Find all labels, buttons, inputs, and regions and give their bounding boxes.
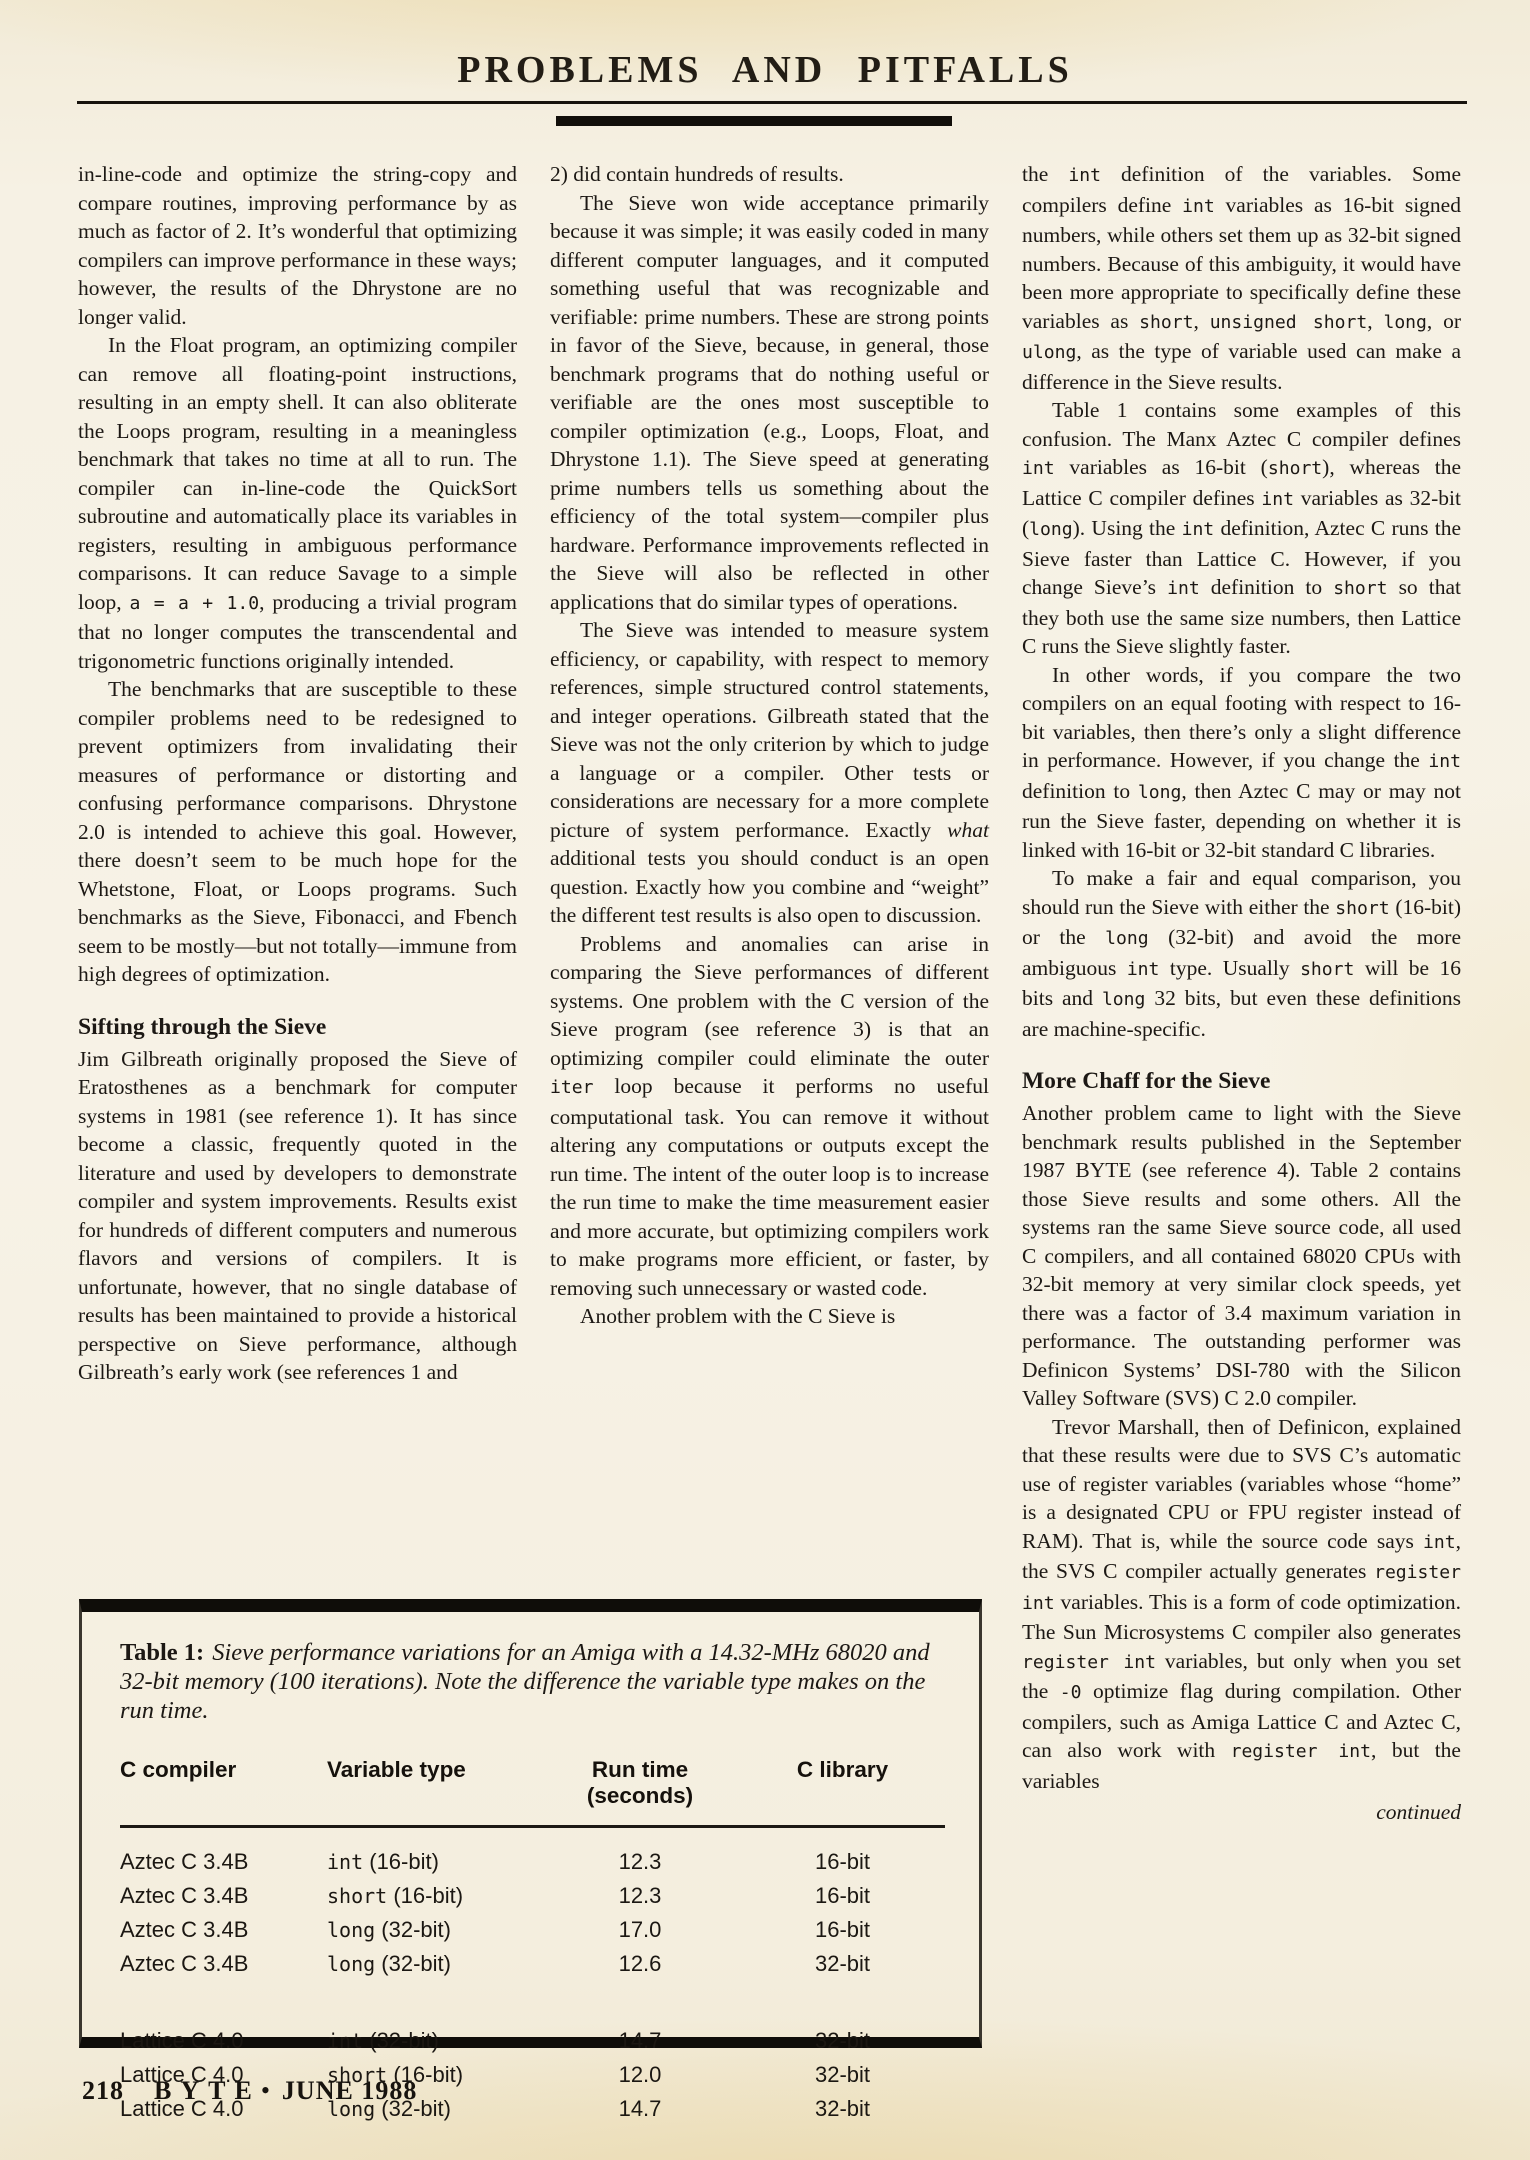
paragraph: The Sieve was intended to measure system… bbox=[550, 616, 989, 930]
library-cell: 32-bit bbox=[740, 2058, 945, 2092]
library-cell: 16-bit bbox=[740, 1879, 945, 1913]
inline-code: int bbox=[1423, 1532, 1456, 1553]
section-heading: More Chaff for the Sieve bbox=[1022, 1067, 1461, 1096]
table-row: Aztec C 3.4Blong (32-bit)17.016-bit bbox=[120, 1913, 945, 1947]
footer-issue: JUNE 1988 bbox=[282, 2076, 417, 2105]
paragraph: Table 1 contains some examples of this c… bbox=[1022, 396, 1461, 661]
inline-code: int bbox=[1428, 751, 1461, 772]
inline-code: int bbox=[1261, 489, 1294, 510]
run-time-cell: 14.7 bbox=[540, 2092, 740, 2126]
column-header: Run time(seconds) bbox=[540, 1757, 740, 1827]
inline-code: short bbox=[1300, 959, 1354, 980]
sieve-results-table: C compilerVariable typeRun time(seconds)… bbox=[120, 1757, 945, 2126]
table-row: Aztec C 3.4Bint (16-bit)12.316-bit bbox=[120, 1827, 945, 1880]
inline-code: register int bbox=[1231, 1741, 1371, 1762]
inline-code: unsigned short bbox=[1210, 312, 1368, 333]
article-column-3: the int definition of the variables. Som… bbox=[1022, 160, 1461, 1827]
inline-code: int bbox=[327, 2029, 363, 2053]
run-time-cell: 12.6 bbox=[540, 1947, 740, 1981]
inline-code: short bbox=[1333, 578, 1387, 599]
header-rule bbox=[77, 101, 1467, 104]
paragraph: the int definition of the variables. Som… bbox=[1022, 160, 1461, 396]
column-header: C compiler bbox=[120, 1757, 327, 1827]
inline-code: long bbox=[1029, 519, 1072, 540]
inline-code: int bbox=[1182, 519, 1215, 540]
page-footer: 218BYTE•JUNE 1988 bbox=[82, 2076, 417, 2106]
variable-type-cell: short (16-bit) bbox=[327, 1879, 540, 1913]
table-row: Aztec C 3.4Blong (32-bit)12.632-bit bbox=[120, 1947, 945, 1981]
paragraph: In the Float program, an optimizing comp… bbox=[78, 331, 517, 675]
library-cell: 16-bit bbox=[740, 1827, 945, 1880]
inline-code: int bbox=[1127, 959, 1160, 980]
paragraph: Problems and anomalies can arise in comp… bbox=[550, 930, 989, 1303]
compiler-cell: Aztec C 3.4B bbox=[120, 1827, 327, 1880]
paragraph: in-line-code and optimize the string-cop… bbox=[78, 160, 517, 331]
inline-code: long bbox=[327, 1918, 375, 1942]
compiler-cell: Aztec C 3.4B bbox=[120, 1879, 327, 1913]
inline-code: -0 bbox=[1060, 1682, 1082, 1703]
variable-type-cell: int (16-bit) bbox=[327, 1827, 540, 1880]
inline-code: long bbox=[327, 1952, 375, 1976]
paragraph: Another problem with the C Sieve is bbox=[550, 1302, 989, 1331]
inline-code: long bbox=[1105, 928, 1148, 949]
inline-code: long bbox=[1138, 782, 1181, 803]
library-cell: 32-bit bbox=[740, 2007, 945, 2058]
compiler-cell: Lattice C 4.0 bbox=[120, 2007, 327, 2058]
inline-code: int bbox=[327, 1850, 363, 1874]
magazine-page: PROBLEMS AND PITFALLS in-line-code and o… bbox=[0, 0, 1530, 2160]
column-header: C library bbox=[740, 1757, 945, 1827]
variable-type-cell: long (32-bit) bbox=[327, 1947, 540, 1981]
footer-separator: • bbox=[261, 2076, 270, 2105]
inline-code: a = a + 1.0 bbox=[130, 593, 260, 614]
inline-code: long bbox=[1383, 312, 1426, 333]
inline-code: int bbox=[1068, 165, 1101, 186]
article-column-1: in-line-code and optimize the string-cop… bbox=[78, 160, 517, 1827]
run-time-cell: 12.3 bbox=[540, 1827, 740, 1880]
continued-label: continued bbox=[1022, 1798, 1461, 1827]
inline-code: register int bbox=[1022, 1562, 1461, 1614]
inline-code: ulong bbox=[1022, 342, 1076, 363]
column-header: Variable type bbox=[327, 1757, 540, 1827]
footer-magazine-name: BYTE bbox=[154, 2076, 261, 2105]
table-caption: Table 1:Sieve performance variations for… bbox=[120, 1638, 932, 1725]
article-body: in-line-code and optimize the string-cop… bbox=[78, 160, 1462, 1827]
table-header: C compilerVariable typeRun time(seconds)… bbox=[120, 1757, 945, 1827]
spacer-row bbox=[120, 1981, 945, 2007]
header-divider-bar bbox=[556, 116, 952, 126]
run-time-cell: 12.0 bbox=[540, 2058, 740, 2092]
paragraph: The benchmarks that are susceptible to t… bbox=[78, 675, 517, 989]
table-header-row: C compilerVariable typeRun time(seconds)… bbox=[120, 1757, 945, 1827]
inline-code: int bbox=[1167, 578, 1200, 599]
library-cell: 32-bit bbox=[740, 1947, 945, 1981]
table-1: Table 1:Sieve performance variations for… bbox=[79, 1599, 982, 2048]
italic-text: continued bbox=[1376, 1800, 1461, 1824]
compiler-cell: Aztec C 3.4B bbox=[120, 1947, 327, 1981]
paragraph: 2) did contain hundreds of results. bbox=[550, 160, 989, 189]
library-cell: 16-bit bbox=[740, 1913, 945, 1947]
variable-type-cell: long (32-bit) bbox=[327, 1913, 540, 1947]
inline-code: long bbox=[1102, 989, 1145, 1010]
page-title: PROBLEMS AND PITFALLS bbox=[0, 48, 1530, 92]
run-time-cell: 17.0 bbox=[540, 1913, 740, 1947]
inline-code: short bbox=[1139, 312, 1193, 333]
inline-code: int bbox=[1182, 196, 1215, 217]
inline-code: int bbox=[1022, 458, 1055, 479]
table-caption-label: Table 1: bbox=[120, 1639, 204, 1666]
paragraph: Trevor Marshall, then of Definicon, expl… bbox=[1022, 1413, 1461, 1796]
run-time-cell: 14.7 bbox=[540, 2007, 740, 2058]
inline-code: register int bbox=[1022, 1652, 1156, 1673]
article-column-2: 2) did contain hundreds of results.The S… bbox=[550, 160, 989, 1827]
library-cell: 32-bit bbox=[740, 2092, 945, 2126]
inline-code: iter bbox=[550, 1077, 593, 1098]
paragraph: Another problem came to light with the S… bbox=[1022, 1099, 1461, 1413]
table-row: Lattice C 4.0int (32-bit)14.732-bit bbox=[120, 2007, 945, 2058]
paragraph: The Sieve won wide acceptance primarily … bbox=[550, 189, 989, 617]
paragraph: Jim Gilbreath originally proposed the Si… bbox=[78, 1045, 517, 1387]
compiler-cell: Aztec C 3.4B bbox=[120, 1913, 327, 1947]
variable-type-cell: int (32-bit) bbox=[327, 2007, 540, 2058]
table-row: Aztec C 3.4Bshort (16-bit)12.316-bit bbox=[120, 1879, 945, 1913]
table-caption-text: Sieve performance variations for an Amig… bbox=[120, 1639, 930, 1724]
paragraph: To make a fair and equal comparison, you… bbox=[1022, 864, 1461, 1043]
section-heading: Sifting through the Sieve bbox=[78, 1013, 517, 1042]
inline-code: short bbox=[1268, 458, 1322, 479]
inline-code: short bbox=[327, 1884, 387, 1908]
italic-text: what bbox=[947, 818, 989, 842]
inline-code: short bbox=[1335, 898, 1389, 919]
run-time-cell: 12.3 bbox=[540, 1879, 740, 1913]
footer-page-number: 218 bbox=[82, 2076, 124, 2105]
paragraph: In other words, if you compare the two c… bbox=[1022, 661, 1461, 865]
